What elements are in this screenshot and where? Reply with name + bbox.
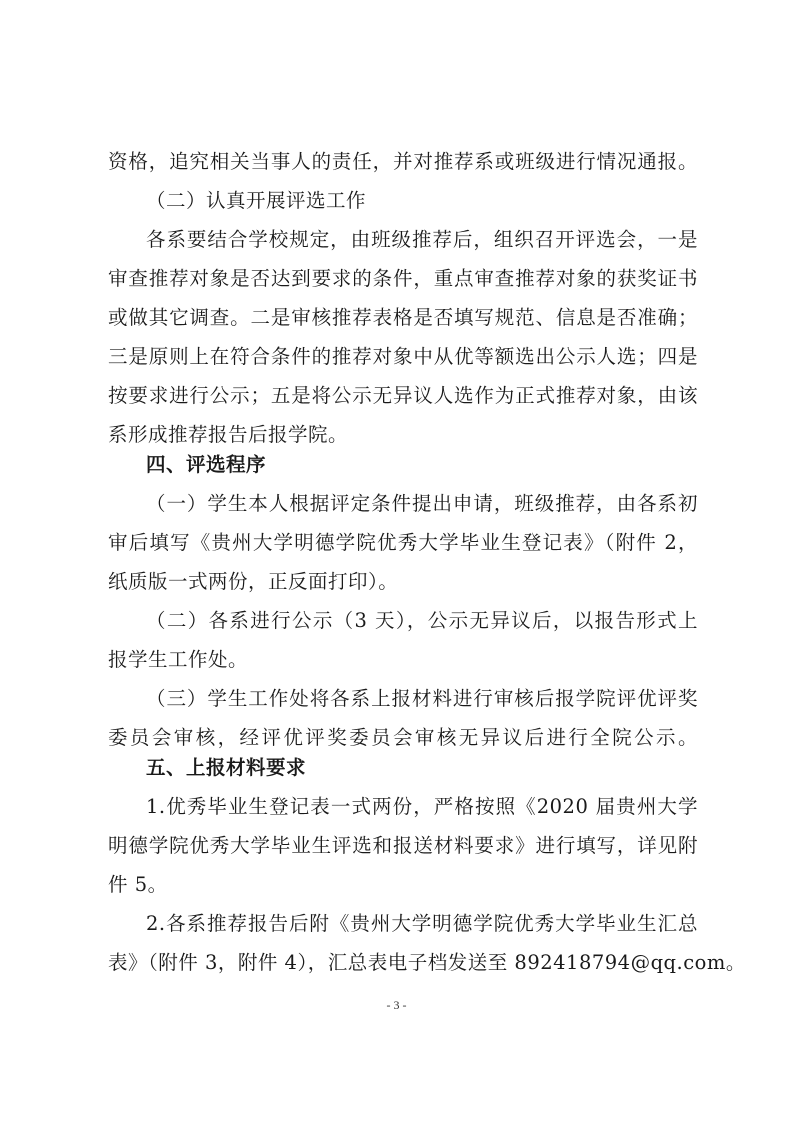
text-line: 纸质版一式两份，正反面打印）。 [108,569,688,595]
text-line: 委员会审核，经评优评奖委员会审核无异议后进行全院公示。 [108,725,698,751]
text-line: （一）学生本人根据评定条件提出申请，班级推荐，由各系初 [146,491,698,517]
document-page: 资格，追究相关当事人的责任，并对推荐系或班级进行情况通报。（二）认真开展评选工作… [0,0,793,1122]
text-line: 件 5。 [108,872,688,898]
page-number: - 3 - [0,998,793,1013]
text-line: 按要求进行公示；五是将公示无异议人选作为正式推荐对象，由该 [108,383,698,409]
text-line: （三）学生工作处将各系上报材料进行审核后报学院评优评奖 [146,686,698,712]
text-line: 2.各系推荐报告后附《贵州大学明德学院优秀大学毕业生汇总 [146,911,698,937]
text-line: 系形成推荐报告后报学院。 [108,422,688,448]
section-heading: 四、评选程序 [146,452,726,478]
text-line: 资格，追究相关当事人的责任，并对推荐系或班级进行情况通报。 [108,149,698,175]
text-line: （二）认真开展评选工作 [146,188,726,214]
text-line: 明德学院优秀大学毕业生评选和报送材料要求》进行填写，详见附 [108,833,698,859]
text-line: 审查推荐对象是否达到要求的条件，重点审查推荐对象的获奖证书 [108,266,698,292]
text-line: 三是原则上在符合条件的推荐对象中从优等额选出公示人选；四是 [108,344,698,370]
text-line: 或做其它调查。二是审核推荐表格是否填写规范、信息是否准确； [108,305,698,331]
text-line: 1.优秀毕业生登记表一式两份，严格按照《2020 届贵州大学 [146,794,698,820]
text-line: 报学生工作处。 [108,647,688,673]
text-line: 表》（附件 3，附件 4），汇总表电子档发送至 892418794@qq.com… [108,950,698,976]
text-line: 审后填写《贵州大学明德学院优秀大学毕业生登记表》（附件 2， [108,530,698,556]
section-heading: 五、上报材料要求 [146,755,726,781]
text-line: （二）各系进行公示（3 天），公示无异议后，以报告形式上 [146,608,698,634]
text-line: 各系要结合学校规定，由班级推荐后，组织召开评选会，一是 [146,227,698,253]
